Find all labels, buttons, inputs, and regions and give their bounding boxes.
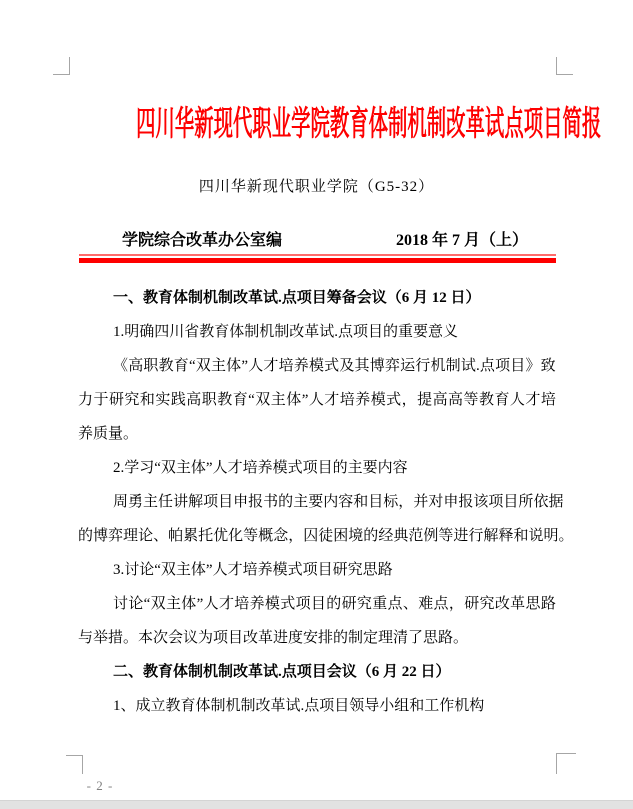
crop-mark-bottom-left bbox=[66, 755, 83, 774]
document-line: 讨论“双主体”人才培养模式项目的研究重点、难点，研究改革思路 bbox=[78, 587, 556, 621]
page-gap-background bbox=[0, 800, 633, 809]
document-line: 一、教育体制机制改革试.点项目筹备会议（6 月 12 日） bbox=[78, 281, 556, 315]
page-number: - 2 - bbox=[78, 777, 122, 795]
document-page: 四川华新现代职业学院教育体制机制改革试点项目简报 四川华新现代职业学院（G5-3… bbox=[0, 0, 633, 809]
crop-mark-top-right bbox=[556, 57, 573, 75]
document-line: 1.明确四川省教育体制机制改革试.点项目的重要意义 bbox=[78, 315, 556, 349]
masthead-issue-date: 2018 年 7 月（上） bbox=[396, 227, 528, 250]
document-line: 的博弈理论、帕累托优化等概念，囚徒困境的经典范例等进行解释和说明。 bbox=[78, 519, 556, 553]
crop-mark-top-left bbox=[53, 57, 70, 75]
document-line: 养质量。 bbox=[78, 417, 556, 451]
masthead-editor: 学院综合改革办公室编 bbox=[122, 227, 282, 250]
document-line: 3.讨论“双主体”人才培养模式项目研究思路 bbox=[78, 553, 556, 587]
document-line: 2.学习“双主体”人才培养模式项目的主要内容 bbox=[78, 451, 556, 485]
document-line: 《高职教育“双主体”人才培养模式及其博弈运行机制试.点项目》致 bbox=[78, 349, 556, 383]
red-rule-thick-line bbox=[79, 258, 556, 263]
document-body: 一、教育体制机制改革试.点项目筹备会议（6 月 12 日）1.明确四川省教育体制… bbox=[78, 281, 556, 723]
document-line: 力于研究和实践高职教育“双主体”人才培养模式，提高高等教育人才培 bbox=[78, 383, 556, 417]
newsletter-title: 四川华新现代职业学院教育体制机制改革试点项目简报 bbox=[136, 101, 497, 147]
document-line: 与举措。本次会议为项目改革进度安排的制定理清了思路。 bbox=[78, 621, 556, 655]
document-line: 二、教育体制机制改革试.点项目会议（6 月 22 日） bbox=[78, 655, 556, 689]
crop-mark-bottom-right bbox=[556, 753, 576, 774]
masthead: 学院综合改革办公室编 2018 年 7 月（上） bbox=[78, 227, 556, 249]
document-line: 1、成立教育体制机制改革试.点项目领导小组和工作机构 bbox=[78, 689, 556, 723]
newsletter-subtitle: 四川华新现代职业学院（G5-32） bbox=[0, 176, 633, 198]
document-line: 周勇主任讲解项目申报书的主要内容和目标，并对申报该项目所依据 bbox=[78, 485, 556, 519]
red-double-rule bbox=[79, 254, 556, 263]
